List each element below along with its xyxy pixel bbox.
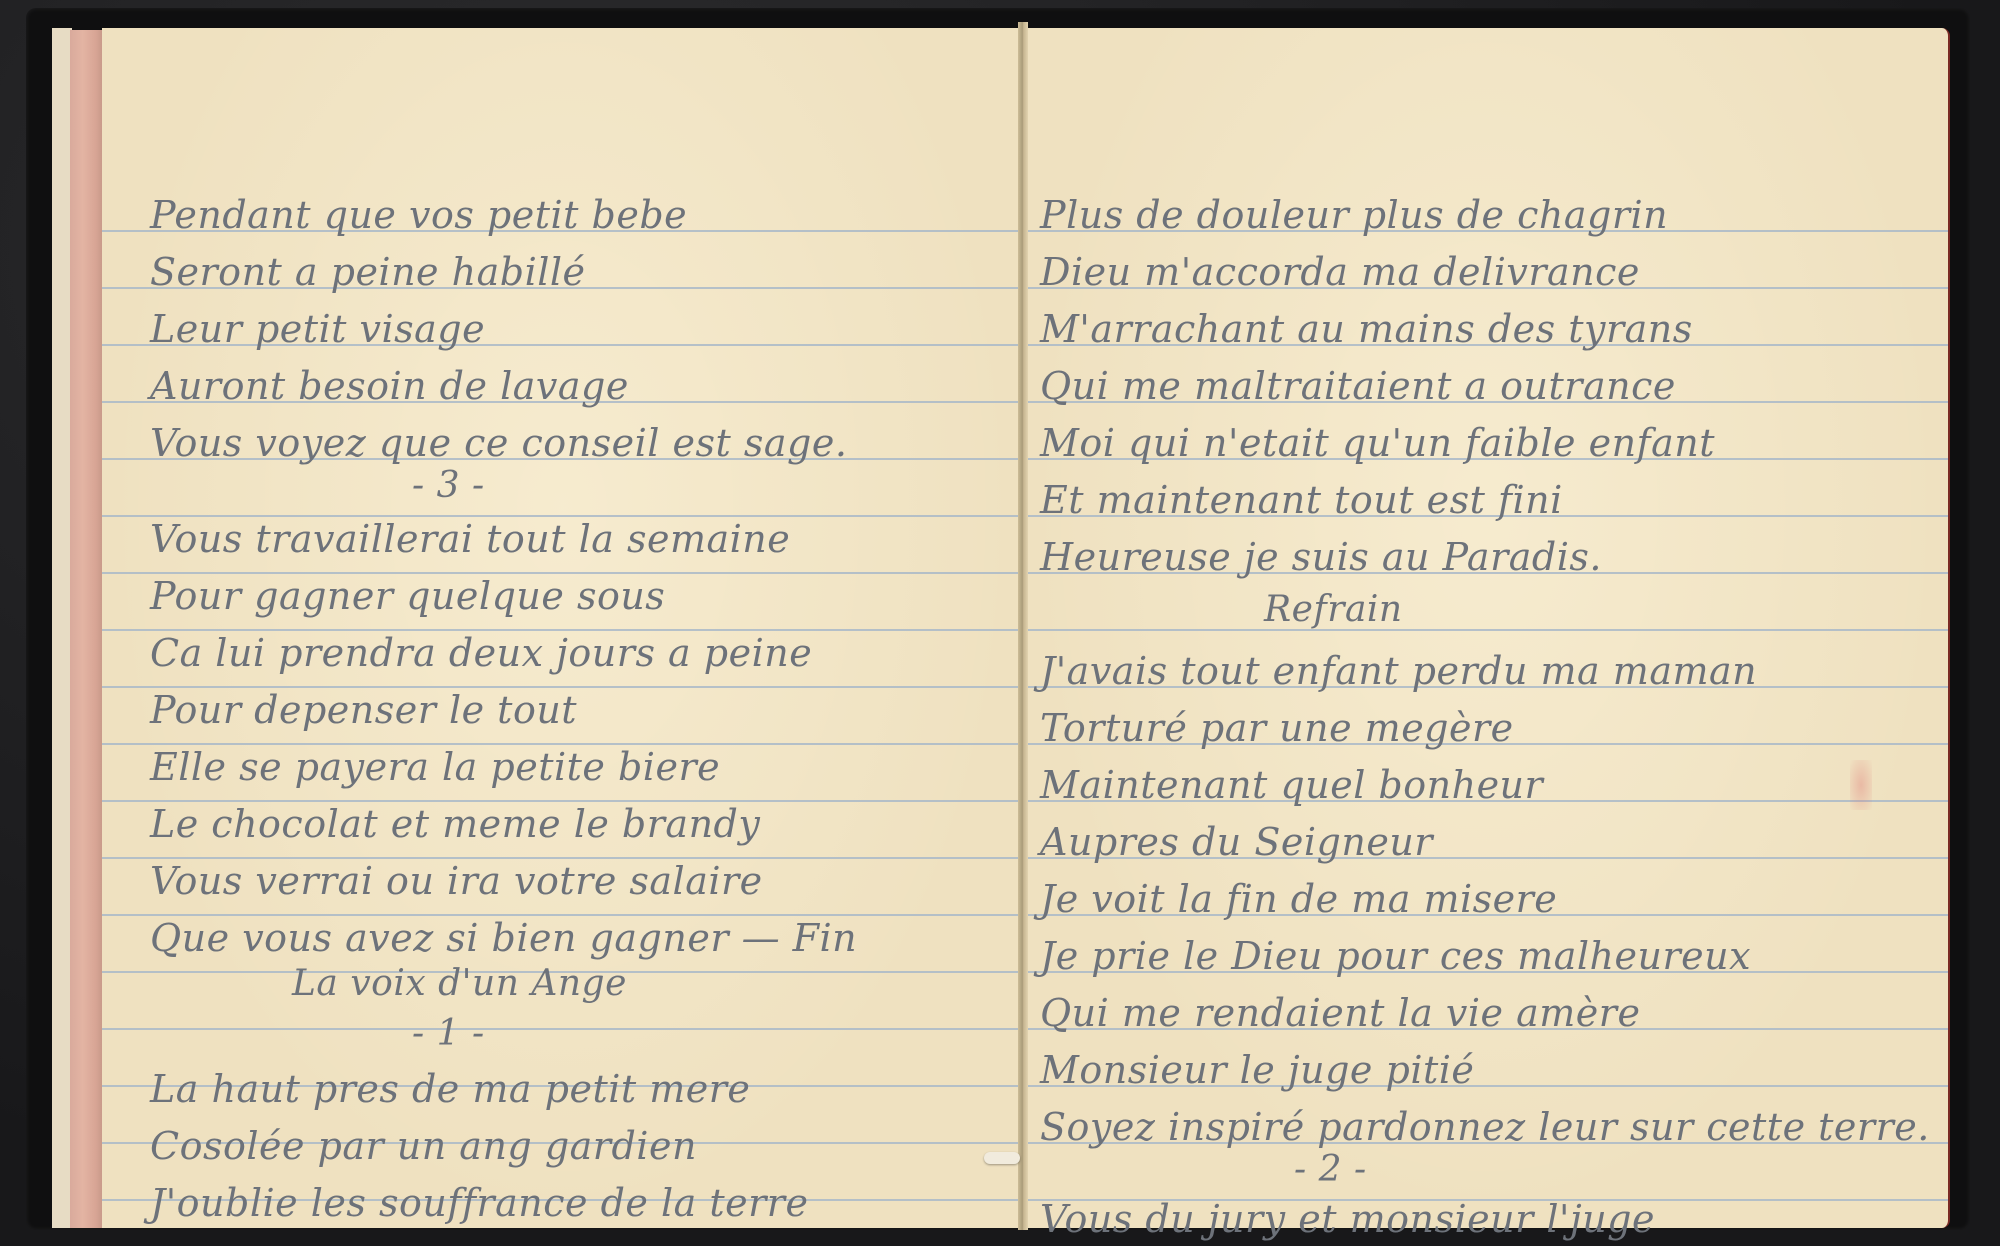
handwritten-line: Plus de douleur plus de chagrin — [1040, 196, 1668, 234]
song-title: Refrain — [1264, 592, 1403, 628]
handwritten-line: Elle se payera la petite biere — [150, 748, 720, 786]
handwritten-line: Cosolée par un ang gardien — [150, 1127, 697, 1165]
handwritten-line: Aupres du Seigneur — [1040, 823, 1433, 861]
handwritten-line: Heureuse je suis au Paradis. — [1040, 538, 1602, 576]
handwritten-line: Vous voyez que ce conseil est sage. — [150, 424, 847, 462]
handwritten-line: Je prie le Dieu pour ces malheureux — [1040, 937, 1751, 975]
handwritten-line: M'arrachant au mains des tyrans — [1040, 310, 1693, 348]
handwritten-line: Leur petit visage — [150, 310, 485, 348]
handwritten-line: J'avais tout enfant perdu ma maman — [1040, 652, 1757, 690]
stanza-number: - 1 - — [412, 1016, 485, 1052]
handwritten-line: Soyez inspiré pardonnez leur sur cette t… — [1040, 1108, 1930, 1146]
handwritten-line: Torturé par une megère — [1040, 709, 1514, 747]
page-stack-edge — [70, 30, 103, 1228]
handwritten-line: Auront besoin de lavage — [150, 367, 629, 405]
ink-stain — [1850, 760, 1872, 810]
right-page: Plus de douleur plus de chagrinDieu m'ac… — [1024, 28, 1950, 1228]
handwritten-line: Et maintenant tout est fini — [1040, 481, 1563, 519]
handwritten-line: Le chocolat et meme le brandy — [150, 805, 760, 843]
stanza-number: - 3 - — [412, 468, 485, 504]
handwritten-line: Qui me maltraitaient a outrance — [1040, 367, 1676, 405]
stanza-number: - 2 - — [1294, 1152, 1367, 1188]
handwritten-line: Que vous avez si bien gagner — Fin — [150, 919, 857, 957]
handwritten-line: Pour gagner quelque sous — [150, 577, 665, 615]
handwritten-line: La haut pres de ma petit mere — [150, 1070, 750, 1108]
ruled-line — [102, 1028, 1022, 1030]
handwritten-line: Moi qui n'etait qu'un faible enfant — [1040, 424, 1715, 462]
handwritten-line: Vous du jury et monsieur l'juge — [1040, 1200, 1655, 1238]
song-title: La voix d'un Ange — [292, 966, 627, 1002]
handwritten-line: Pour depenser le tout — [150, 691, 577, 729]
handwritten-line: Je voit la fin de ma misere — [1040, 880, 1557, 918]
handwritten-line: J'oublie les souffrance de la terre — [150, 1184, 808, 1222]
ruled-line — [1024, 629, 1948, 631]
handwritten-line: Ca lui prendra deux jours a peine — [150, 634, 812, 672]
left-page: Pendant que vos petit bebeSeront a peine… — [102, 28, 1022, 1228]
handwritten-line: Dieu m'accorda ma delivrance — [1040, 253, 1640, 291]
handwritten-line: Monsieur le juge pitié — [1040, 1051, 1474, 1089]
binding-thread — [984, 1152, 1020, 1164]
page-edge-light — [52, 28, 72, 1228]
handwritten-line: Maintenant quel bonheur — [1040, 766, 1543, 804]
handwritten-line: Vous verrai ou ira votre salaire — [150, 862, 763, 900]
binding-gutter — [1018, 22, 1028, 1230]
handwritten-line: Vous travaillerai tout la semaine — [150, 520, 790, 558]
handwritten-line: Qui me rendaient la vie amère — [1040, 994, 1640, 1032]
handwritten-line: Pendant que vos petit bebe — [150, 196, 687, 234]
handwritten-line: Seront a peine habillé — [150, 253, 586, 291]
